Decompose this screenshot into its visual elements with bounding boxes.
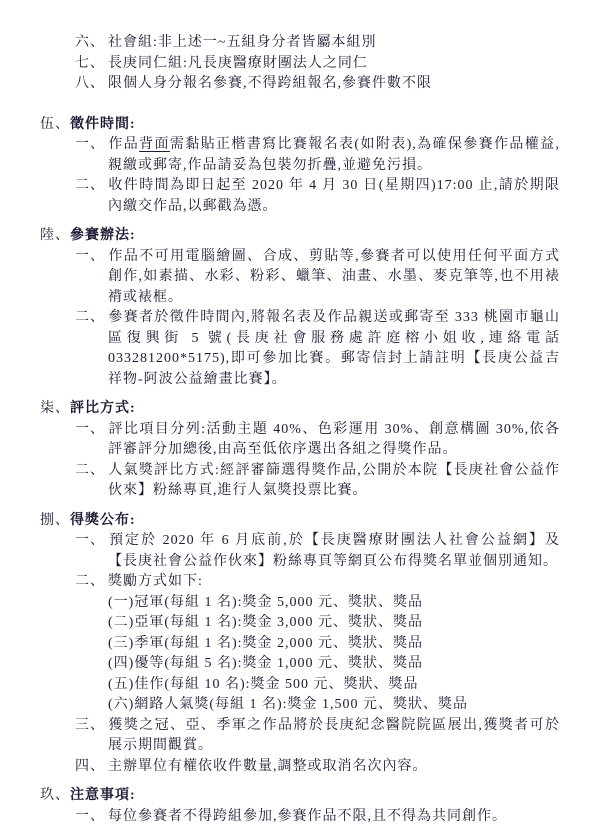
section-notes: 玖、注意事項: 一、每位參賽者不得跨組參加,參賽作品不限,且不得為共同創作。 bbox=[40, 786, 560, 827]
prize-list-item: (三)季軍(每組 1 名):獎金 2,000 元、獎狀、獎品 bbox=[108, 634, 560, 655]
item-number: 八、 bbox=[75, 74, 108, 95]
underlined-text: 背面 bbox=[139, 137, 170, 152]
list-item: 一、作品背面需黏貼正楷書寫比賽報名表(如附表),為確保參賽作品權益,親繳或郵寄,… bbox=[75, 135, 560, 176]
item-number: 三、 bbox=[75, 716, 108, 737]
item-text: 作品背面需黏貼正楷書寫比賽報名表(如附表),為確保參賽作品權益,親繳或郵寄,作品… bbox=[108, 137, 560, 173]
section-number: 陸、 bbox=[40, 228, 70, 243]
section-number: 伍、 bbox=[40, 117, 70, 132]
item-text: 獲獎之冠、亞、季軍之作品將於長庚紀念醫院院區展出,獲獎者可於展示期間觀賞。 bbox=[108, 718, 560, 754]
section-number: 玖、 bbox=[40, 788, 70, 803]
list-item: 二、收件時間為即日起至 2020 年 4 月 30 日(星期四)17:00 止,… bbox=[75, 176, 560, 217]
item-number: 一、 bbox=[75, 247, 108, 268]
section-title: 注意事項: bbox=[70, 788, 136, 803]
section-title: 得獎公布: bbox=[70, 513, 136, 528]
item-number: 二、 bbox=[75, 308, 108, 329]
item-number: 一、 bbox=[75, 807, 108, 828]
item-text: 收件時間為即日起至 2020 年 4 月 30 日(星期四)17:00 止,請於… bbox=[108, 178, 560, 214]
list-item: 二、獎勵方式如下: bbox=[75, 572, 560, 593]
list-item: 四、主辦單位有權依收件數量,調整或取消名次內容。 bbox=[75, 757, 560, 778]
list-item: 七、長庚同仁組:凡長庚醫療財團法人之同仁 bbox=[75, 54, 560, 75]
list-item: 一、評比項目分列:活動主題 40%、色彩運用 30%、創意構圖 30%,依各評審… bbox=[75, 420, 560, 461]
item-number: 六、 bbox=[75, 33, 108, 54]
item-text: 長庚同仁組:凡長庚醫療財團法人之同仁 bbox=[108, 56, 368, 71]
item-number: 四、 bbox=[75, 757, 108, 778]
item-text: 獎勵方式如下: bbox=[108, 574, 203, 589]
list-item: 八、限個人身分報名參賽,不得跨組報名,參賽件數不限 bbox=[75, 74, 560, 95]
document-page: 六、社會組:非上述一~五組身分者皆屬本組別 七、長庚同仁組:凡長庚醫療財團法人之… bbox=[0, 0, 597, 839]
list-item: 六、社會組:非上述一~五組身分者皆屬本組別 bbox=[75, 33, 560, 54]
item-number: 二、 bbox=[75, 572, 108, 593]
item-text: 社會組:非上述一~五組身分者皆屬本組別 bbox=[108, 35, 376, 50]
section-judging-method: 柒、評比方式: 一、評比項目分列:活動主題 40%、色彩運用 30%、創意構圖 … bbox=[40, 399, 560, 502]
item-text-pre: 作品 bbox=[108, 137, 139, 152]
prize-list-item: (四)優等(每組 5 名):獎金 1,000 元、獎狀、獎品 bbox=[108, 654, 560, 675]
list-item: 二、人氣獎評比方式:經評審篩選得獎作品,公開於本院【長庚社會公益作伙來】粉絲專頁… bbox=[75, 461, 560, 502]
prize-list-item: (六)網路人氣獎(每組 1 名):獎金 1,500 元、獎狀、獎品 bbox=[108, 695, 560, 716]
prize-list-item: (五)佳作(每組 10 名):獎金 500 元、獎狀、獎品 bbox=[108, 675, 560, 696]
section-heading: 捌、得獎公布: bbox=[40, 511, 560, 532]
list-item: 一、預定於 2020 年 6 月底前,於【長庚醫療財團法人社會公益網】及【長庚社… bbox=[75, 531, 560, 572]
section-title: 徵件時間: bbox=[70, 117, 136, 132]
section-title: 參賽辦法: bbox=[70, 228, 136, 243]
item-number: 二、 bbox=[75, 461, 108, 482]
section-winners-announcement: 捌、得獎公布: 一、預定於 2020 年 6 月底前,於【長庚醫療財團法人社會公… bbox=[40, 511, 560, 778]
item-number: 一、 bbox=[75, 420, 108, 441]
item-text-post: 需黏貼正楷書寫比賽報名表(如附表),為確保參賽作品權益,親繳或郵寄,作品請妥為包… bbox=[108, 137, 560, 173]
item-text: 人氣獎評比方式:經評審篩選得獎作品,公開於本院【長庚社會公益作伙來】粉絲專頁,進… bbox=[108, 463, 560, 499]
item-text: 參賽者於徵件時間內,將報名表及作品親送或郵寄至 333 桃園市龜山區復興街 5 … bbox=[108, 310, 560, 387]
prize-list-item: (二)亞軍(每組 1 名):獎金 3,000 元、獎狀、獎品 bbox=[108, 613, 560, 634]
section-heading: 陸、參賽辦法: bbox=[40, 226, 560, 247]
item-number: 七、 bbox=[75, 54, 108, 75]
item-text: 預定於 2020 年 6 月底前,於【長庚醫療財團法人社會公益網】及【長庚社會公… bbox=[108, 533, 560, 569]
intro-list: 六、社會組:非上述一~五組身分者皆屬本組別 七、長庚同仁組:凡長庚醫療財團法人之… bbox=[40, 33, 560, 95]
item-text: 作品不可用電腦繪圖、合成、剪貼等,參賽者可以使用任何平面方式創作,如素描、水彩、… bbox=[108, 249, 560, 305]
section-heading: 柒、評比方式: bbox=[40, 399, 560, 420]
item-text: 每位參賽者不得跨組參加,參賽作品不限,且不得為共同創作。 bbox=[108, 809, 507, 824]
item-number: 一、 bbox=[75, 135, 108, 156]
section-entry-rules: 陸、參賽辦法: 一、作品不可用電腦繪圖、合成、剪貼等,參賽者可以使用任何平面方式… bbox=[40, 226, 560, 390]
list-item: 一、每位參賽者不得跨組參加,參賽作品不限,且不得為共同創作。 bbox=[75, 807, 560, 828]
item-text: 評比項目分列:活動主題 40%、色彩運用 30%、創意構圖 30%,依各評審評分… bbox=[108, 422, 560, 458]
prize-list-item: (一)冠軍(每組 1 名):獎金 5,000 元、獎狀、獎品 bbox=[108, 593, 560, 614]
section-submission-period: 伍、徵件時間: 一、作品背面需黏貼正楷書寫比賽報名表(如附表),為確保參賽作品權… bbox=[40, 115, 560, 218]
section-number: 柒、 bbox=[40, 401, 70, 416]
section-heading: 伍、徵件時間: bbox=[40, 115, 560, 136]
item-number: 一、 bbox=[75, 531, 108, 552]
item-number: 二、 bbox=[75, 176, 108, 197]
section-heading: 玖、注意事項: bbox=[40, 786, 560, 807]
item-text: 主辦單位有權依收件數量,調整或取消名次內容。 bbox=[108, 759, 428, 774]
item-text: 限個人身分報名參賽,不得跨組報名,參賽件數不限 bbox=[108, 76, 432, 91]
section-number: 捌、 bbox=[40, 513, 70, 528]
list-item: 二、參賽者於徵件時間內,將報名表及作品親送或郵寄至 333 桃園市龜山區復興街 … bbox=[75, 308, 560, 390]
list-item: 一、作品不可用電腦繪圖、合成、剪貼等,參賽者可以使用任何平面方式創作,如素描、水… bbox=[75, 247, 560, 309]
list-item: 三、獲獎之冠、亞、季軍之作品將於長庚紀念醫院院區展出,獲獎者可於展示期間觀賞。 bbox=[75, 716, 560, 757]
section-title: 評比方式: bbox=[70, 401, 136, 416]
